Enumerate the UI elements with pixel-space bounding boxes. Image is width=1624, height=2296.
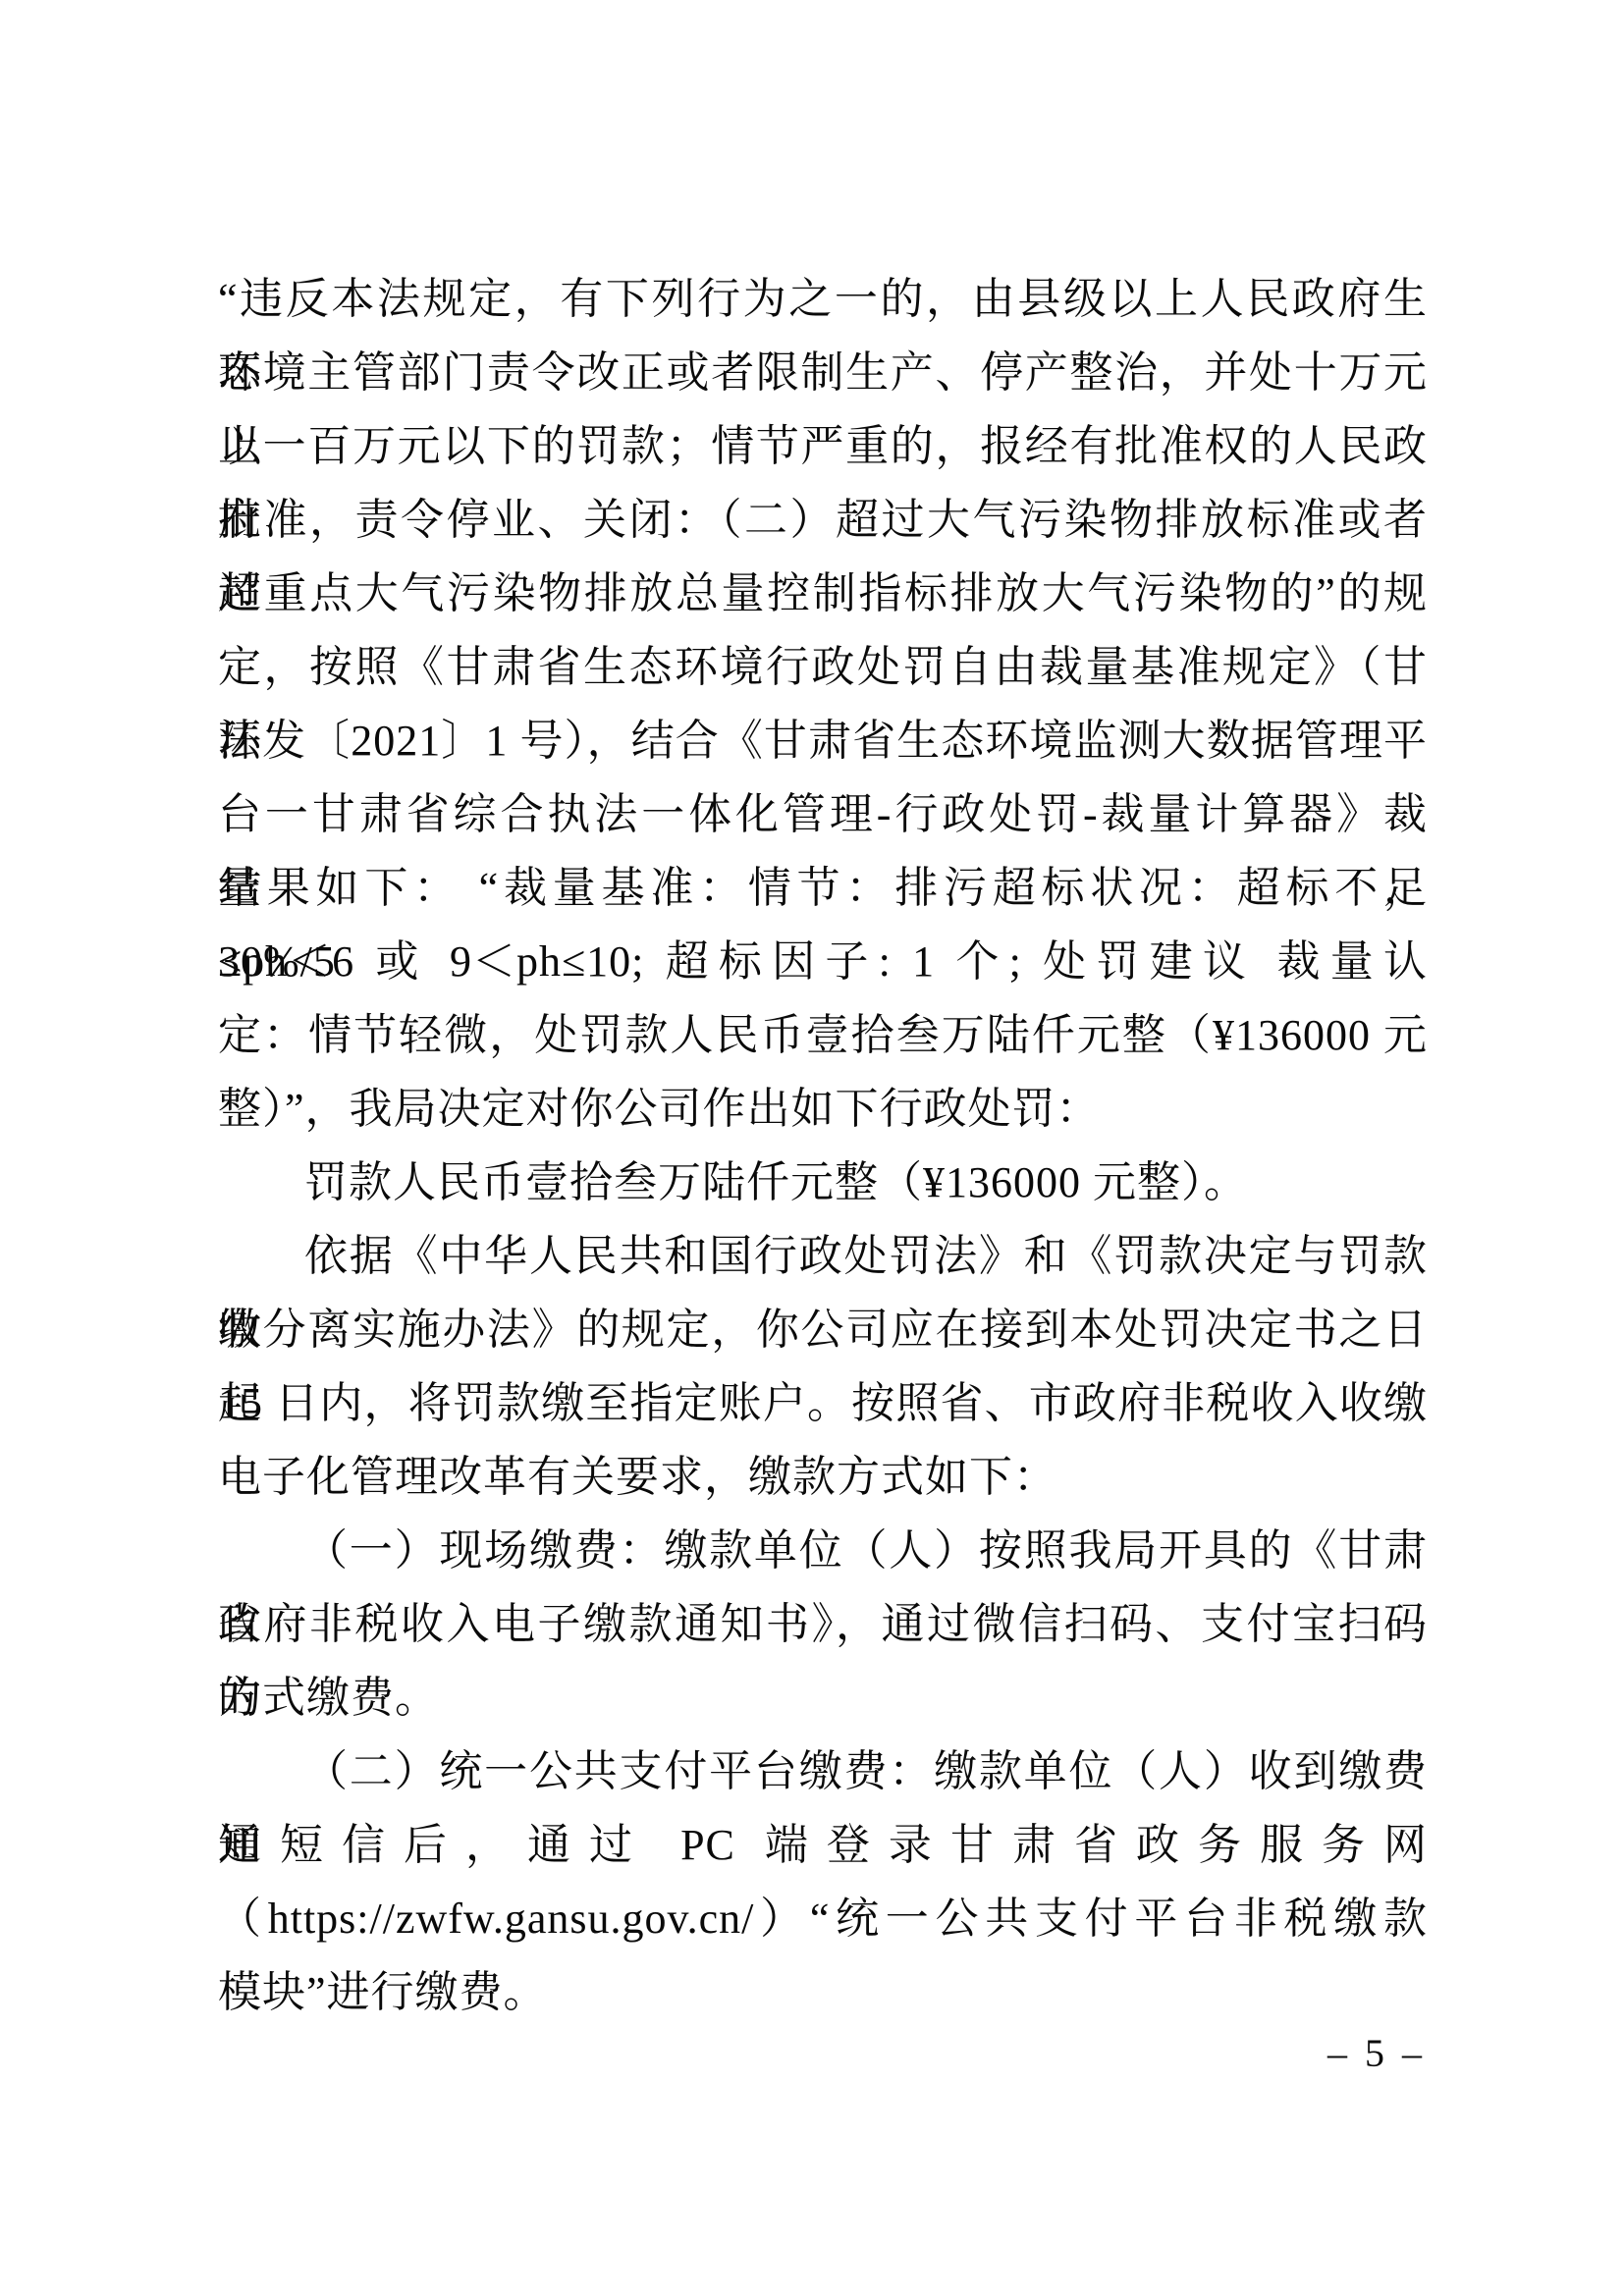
text-line: 定：情节轻微，处罚款人民币壹拾叁万陆仟元整（¥136000 元: [218, 998, 1428, 1072]
text-line: （二）统一公共支付平台缴费：缴款单位（人）收到缴费通: [218, 1735, 1428, 1808]
text-line: 方式缴费。: [218, 1661, 1428, 1735]
text-line: （https://zwfw.gansu.gov.cn/）“统一公共支付平台非税缴…: [218, 1882, 1428, 1955]
text-line: 整）”，我局决定对你公司作出如下行政处罚：: [218, 1072, 1428, 1146]
text-line: 上一百万元以下的罚款；情节严重的，报经有批准权的人民政府: [218, 409, 1428, 483]
text-line: ≤ph＜6 或 9＜ph≤10; 超标因子: 1 个; 处罚建议 裁量认: [218, 925, 1428, 998]
text-line: 定，按照《甘肃省生态环境行政处罚自由裁量基准规定》（甘环: [218, 630, 1428, 704]
text-line: 环境主管部门责令改正或者限制生产、停产整治，并处十万元以: [218, 336, 1428, 409]
text-line: 缴分离实施办法》的规定，你公司应在接到本处罚决定书之日起: [218, 1293, 1428, 1366]
text-line: 依据《中华人民共和国行政处罚法》和《罚款决定与罚款收: [218, 1219, 1428, 1293]
text-line: （一）现场缴费：缴款单位（人）按照我局开具的《甘肃省: [218, 1514, 1428, 1587]
document-page: “违反本法规定，有下列行为之一的，由县级以上人民政府生态 环境主管部门责令改正或…: [0, 0, 1624, 2296]
text-line: 电子化管理改革有关要求，缴款方式如下：: [218, 1440, 1428, 1514]
document-body: “违反本法规定，有下列行为之一的，由县级以上人民政府生态 环境主管部门责令改正或…: [218, 262, 1428, 2029]
text-line: 知短信后，通过 PC 端登录甘肃省政务服务网: [218, 1808, 1428, 1882]
text-line: 过重点大气污染物排放总量控制指标排放大气污染物的”的规: [218, 557, 1428, 630]
text-line: 批准，责令停业、关闭：（二）超过大气污染物排放标准或者超: [218, 483, 1428, 557]
text-line: 模块”进行缴费。: [218, 1955, 1428, 2029]
text-line: “违反本法规定，有下列行为之一的，由县级以上人民政府生态: [218, 262, 1428, 336]
text-line: 15 日内，将罚款缴至指定账户。按照省、市政府非税收入收缴: [218, 1366, 1428, 1440]
text-line: 政府非税收入电子缴款通知书》，通过微信扫码、支付宝扫码的: [218, 1587, 1428, 1661]
page-number: – 5 –: [1327, 2024, 1426, 2083]
text-line: 结果如下： “裁量基准：情节：排污超标状况：超标不足 30%/5: [218, 851, 1428, 925]
text-line: 罚款人民币壹拾叁万陆仟元整（¥136000 元整）。: [218, 1146, 1428, 1219]
text-line: 台一甘肃省综合执法一体化管理-行政处罚-裁量计算器》裁量，: [218, 777, 1428, 851]
text-line: 法发〔2021〕1 号），结合《甘肃省生态环境监测大数据管理平: [218, 704, 1428, 777]
